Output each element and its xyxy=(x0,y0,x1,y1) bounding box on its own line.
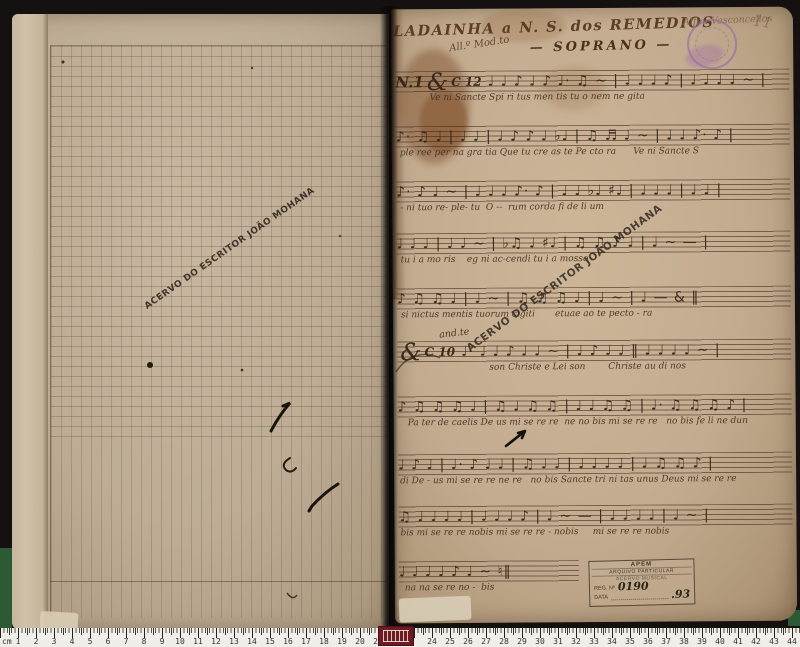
staff-lyrics: bis mi se re re nobis mi se re re - nobi… xyxy=(398,526,792,539)
staff-notes: ♫ ♩ ♩ ♩ ♩ | ♩ ♩ ♩ ♪ | ♩ ~ — | ♩ ♩ ♩ ♩ | … xyxy=(398,506,792,525)
apem-logo-icon xyxy=(378,626,414,646)
staff-notes: ♩ ♩ ♩ ♩ ♪ ♩ ~ ♮‖ xyxy=(399,563,579,580)
staff-notes: ♩ ♪ ♩ | ♩· ♪ ♩ ♩ | ♫ ♩ ♩ | ♩ ♩ ♩ ♩ | ♩ ♫… xyxy=(398,454,792,473)
ruler-number: 19 xyxy=(337,637,347,646)
ruler-number: 39 xyxy=(697,637,707,646)
pencil-mark: 11 xyxy=(752,11,774,32)
archive-watermark-right: ACERVO DO ESCRITOR JOÃO MOHANA xyxy=(465,202,665,354)
ruler-number: 25 xyxy=(445,637,455,646)
staff-lines: ♪ ♫ ♫ ♩ | ♩ ~ | ♫ ♫ ♫ ♩ | ♩ ~ | ♩ — & ‖ xyxy=(397,286,791,310)
ruler-number: 37 xyxy=(661,637,671,646)
manuscript-scan: ACERVO DO ESCRITOR JOÃO MOHANA LADAINHA … xyxy=(0,0,800,647)
ruler-number: 7 xyxy=(124,637,129,646)
ruler-number: 26 xyxy=(463,637,473,646)
ruler-number: 6 xyxy=(106,637,111,646)
ruler-number: 8 xyxy=(142,637,147,646)
staff-lines: ♩ ♩ ♩ ♩ ♪ ♩ ~ ♮‖ xyxy=(399,560,579,582)
staff-tempo: and.te xyxy=(439,326,470,340)
stamp-date-label: DATA xyxy=(594,595,608,601)
ruler-number: 29 xyxy=(517,637,527,646)
staff-lines: ♪· ♪ ♩ ~ | ♩ ♩ ♩ ♪· ♪ | ♩ ♩ ♭♩ ♯♩ | ♩ ♩ … xyxy=(396,179,790,203)
ruler-unit-label: cm xyxy=(2,637,12,646)
staff-lyrics: - ni tuo re- ple- tu O -- rum corda fi d… xyxy=(396,201,790,214)
ruler-number: 13 xyxy=(229,637,239,646)
ruler-number: 40 xyxy=(715,637,725,646)
staff-lyrics: son Christe e Lei son Christe au di nos xyxy=(397,361,791,374)
stamp-reg-value: 0190 xyxy=(618,582,649,592)
staff-lines: ♪· ♫ ♩ | ♩ ♩ | ♩ ♪ ♪ ♩ ♭♩ | ♫ ♬ ♩ ~ | ♩ … xyxy=(396,124,790,148)
staff-lines: N.1 & C 12 ♩ ♩ ♪ ♩ ♪ ♩· ♫ ~ | ♩ ♩ ♩ ♪ | … xyxy=(395,69,789,93)
page-gutter-shadow xyxy=(380,6,398,626)
music-staff-3: ♪· ♪ ♩ ~ | ♩ ♩ ♩ ♪· ♪ | ♩ ♩ ♭♩ ♯♩ | ♩ ♩ … xyxy=(396,179,790,214)
ruler-number: 11 xyxy=(193,637,203,646)
staff-notes: ♪· ♪ ♩ ~ | ♩ ♩ ♩ ♪· ♪ | ♩ ♩ ♭♩ ♯♩ | ♩ ♩ … xyxy=(396,181,790,200)
staff-number-label: N.1 xyxy=(395,73,424,91)
ruler-number: 20 xyxy=(355,637,365,646)
left-blank-page: ACERVO DO ESCRITOR JOÃO MOHANA xyxy=(12,14,389,630)
ruler-number: 10 xyxy=(175,637,185,646)
tape-patch xyxy=(399,596,472,623)
ruler-number: 30 xyxy=(535,637,545,646)
ruler-number: 34 xyxy=(607,637,617,646)
ruler-number: 5 xyxy=(88,637,93,646)
ruler-number: 1 xyxy=(16,637,21,646)
music-staff-2: ♪· ♫ ♩ | ♩ ♩ | ♩ ♪ ♪ ♩ ♭♩ | ♫ ♬ ♩ ~ | ♩ … xyxy=(396,124,790,159)
staff-notes: ♩ ♩ ♪ ♩ ♪ ♩· ♫ ~ | ♩ ♩ ♩ ♪ | ♩ ♩ ♩ ♩ ~ | xyxy=(488,71,790,89)
building-columns-icon xyxy=(383,630,409,642)
staff-lyrics: di De - us mi se re re ne re no bis Sanc… xyxy=(398,474,792,487)
music-staff-9: ♫ ♩ ♩ ♩ ♩ | ♩ ♩ ♩ ♪ | ♩ ~ — | ♩ ♩ ♩ ♩ | … xyxy=(398,504,792,539)
ruler-number: 41 xyxy=(733,637,743,646)
ruler-number: 4 xyxy=(70,637,75,646)
ruler-number: 17 xyxy=(301,637,311,646)
staff-notes: ♪ ♫ ♫ ♫ ♩ | ♫ ♩ ♫ ♫ | ♩ ♩ ♫ ♫ | ♩· ♫ ♫ ♫… xyxy=(398,396,792,415)
ruler-number: 14 xyxy=(247,637,257,646)
music-manuscript-page: LADAINHA a N. S. dos REMEDIOS All.º Mod.… xyxy=(391,7,797,624)
ruler-number: 27 xyxy=(481,637,491,646)
archive-stamp-box: APEM ARQUIVO PARTICULAR ACERVO MUSICAL R… xyxy=(588,558,695,607)
scan-bed-artifact xyxy=(0,548,12,630)
ruler-number: 3 xyxy=(52,637,57,646)
ruler-number: 43 xyxy=(769,637,779,646)
ruler-number: 33 xyxy=(589,637,599,646)
ruler-number: 15 xyxy=(265,637,275,646)
staff-lines: ♪ ♫ ♫ ♫ ♩ | ♫ ♩ ♫ ♫ | ♩ ♩ ♫ ♫ | ♩· ♫ ♫ ♫… xyxy=(398,394,792,418)
ledger-bottom-rule xyxy=(50,581,386,582)
music-staff-6: and.te & C 10 ♩· ♩ ♩ ♪ ♩ ♩ ~ | ♩ ♪ ♩ ♩ ‖… xyxy=(397,339,791,374)
ruler-number: 32 xyxy=(571,637,581,646)
staff-notes: ♩· ♩ ♩ ♪ ♩ ♩ ~ | ♩ ♪ ♩ ♩ ‖ ♩ ♩ ♩ ♩ ~ | xyxy=(461,341,791,359)
staff-lyrics: ple ree per na gra tia Que tu cre as te … xyxy=(396,146,790,159)
ruler-number: 2 xyxy=(34,637,39,646)
staff-lyrics: na na se re no - bis xyxy=(399,582,579,593)
ruler-number: 16 xyxy=(283,637,293,646)
stamp-dotted-line xyxy=(611,592,668,600)
staff-lyrics: si nictus mentis tuorum cigiti etuae ao … xyxy=(397,308,791,321)
stamp-reg-label: REG. Nº xyxy=(594,585,615,592)
ruler-number: 12 xyxy=(211,637,221,646)
staff-lyrics: Pa ter de caelis De us mi se re re ne no… xyxy=(398,416,792,429)
ledger-grid xyxy=(50,45,386,618)
staff-lines: ♫ ♩ ♩ ♩ ♩ | ♩ ♩ ♩ ♪ | ♩ ~ — | ♩ ♩ ♩ ♩ | … xyxy=(398,504,792,528)
music-staff-5: ♪ ♫ ♫ ♩ | ♩ ~ | ♫ ♫ ♫ ♩ | ♩ ~ | ♩ — & ‖ … xyxy=(397,286,791,321)
ruler-number: 31 xyxy=(553,637,563,646)
time-signature: C 12 xyxy=(451,74,482,88)
staff-lines: & C 10 ♩· ♩ ♩ ♪ ♩ ♩ ~ | ♩ ♪ ♩ ♩ ‖ ♩ ♩ ♩ … xyxy=(397,339,791,363)
ruler-number: 28 xyxy=(499,637,509,646)
music-staff-10: ♩ ♩ ♩ ♩ ♪ ♩ ~ ♮‖ na na se re no - bis xyxy=(399,560,579,593)
music-staff-7: ♪ ♫ ♫ ♫ ♩ | ♫ ♩ ♫ ♫ | ♩ ♩ ♫ ♫ | ♩· ♫ ♫ ♫… xyxy=(398,394,792,429)
ruler-number: 36 xyxy=(643,637,653,646)
music-staff-1: N.1 & C 12 ♩ ♩ ♪ ♩ ♪ ♩· ♫ ~ | ♩ ♩ ♩ ♪ | … xyxy=(395,69,789,104)
staff-notes: ♪· ♫ ♩ | ♩ ♩ | ♩ ♪ ♪ ♩ ♭♩ | ♫ ♬ ♩ ~ | ♩ … xyxy=(396,126,790,145)
stamp-date-value: .93 xyxy=(671,589,690,598)
time-signature: C 10 xyxy=(425,344,456,358)
ruler-number: 35 xyxy=(625,637,635,646)
ruler-number: 38 xyxy=(679,637,689,646)
staff-lines: ♩ ♪ ♩ | ♩· ♪ ♩ ♩ | ♫ ♩ ♩ | ♩ ♩ ♩ ♩ | ♩ ♫… xyxy=(398,452,792,476)
cover-edge-strip xyxy=(12,14,48,630)
staff-notes: ♪ ♫ ♫ ♩ | ♩ ~ | ♫ ♫ ♫ ♩ | ♩ ~ | ♩ — & ‖ xyxy=(397,288,791,307)
ruler-number: 44 xyxy=(787,637,797,646)
ruler-number: 18 xyxy=(319,637,329,646)
ruler-number: 42 xyxy=(751,637,761,646)
music-staff-8: ♩ ♪ ♩ | ♩· ♪ ♩ ♩ | ♫ ♩ ♩ | ♩ ♩ ♩ ♩ | ♩ ♫… xyxy=(398,452,792,487)
staff-lyrics: Ve ni Sancte Spi ri tus men tis tu o nem… xyxy=(395,91,789,104)
ruler-number: 9 xyxy=(160,637,165,646)
ruler-number: 24 xyxy=(427,637,437,646)
